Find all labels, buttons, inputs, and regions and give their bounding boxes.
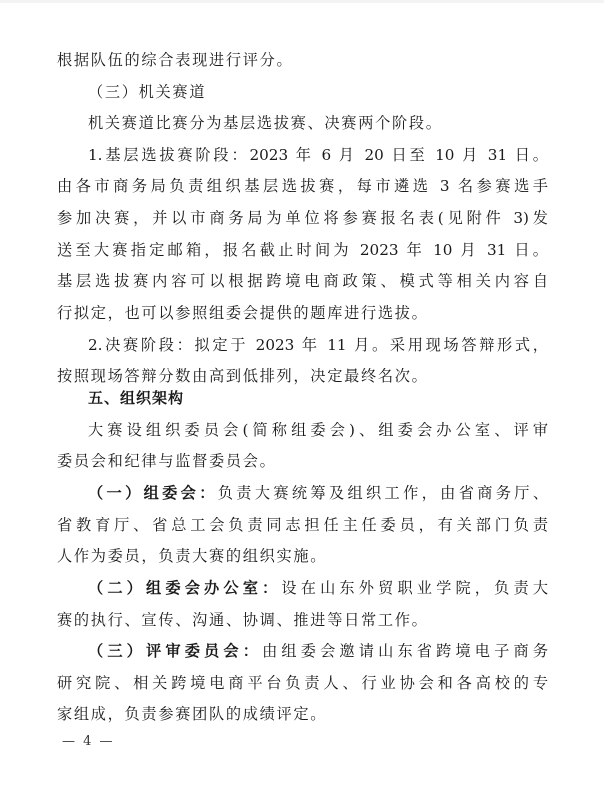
paragraph-line: 机关赛道比赛分为基层选拔赛、决赛两个阶段。 — [88, 111, 548, 135]
paragraph-line: 基层选拔赛内容可以根据跨境电商政策、模式等相关内容自 — [57, 269, 548, 293]
committee-office-text: 设在山东外贸职业学院，负责大 — [281, 579, 548, 597]
committee-lead: （一）组委会： — [88, 484, 218, 502]
paragraph-line: 参加决赛，并以市商务局为单位将参赛报名表(见附件 3)发 — [57, 206, 548, 230]
committee-text: 负责大赛统筹及组织工作，由省商务厅、 — [218, 484, 548, 502]
review-committee-text: 由组委会邀请山东省跨境电子商务 — [262, 642, 548, 660]
paragraph-line-committee: （一）组委会：负责大赛统筹及组织工作，由省商务厅、 — [88, 481, 548, 505]
paragraph-line-review-committee: （三）评审委员会：由组委会邀请山东省跨境电子商务 — [88, 639, 548, 663]
section-subheading-jiguan-track: （三）机关赛道 — [88, 80, 548, 104]
paragraph-line: 委员会和纪律与监督委员会。 — [57, 449, 548, 473]
paragraph-line: 研究院、相关跨境电商平台负责人、行业协会和各高校的专 — [57, 671, 548, 695]
paragraph-line: 赛的执行、宣传、沟通、协调、推进等日常工作。 — [57, 608, 548, 632]
paragraph-line: 由各市商务局负责组织基层选拔赛，每市遴选 3 名参赛选手 — [57, 174, 548, 198]
paragraph-line-committee-office: （二）组委会办公室：设在山东外贸职业学院，负责大 — [88, 576, 548, 600]
paragraph-line: 根据队伍的综合表现进行评分。 — [57, 48, 548, 72]
page-number: — 4 — — [62, 733, 115, 751]
page-top-edge — [0, 0, 604, 3]
paragraph-line: 大赛设组织委员会(简称组委会)、组委会办公室、评审 — [88, 418, 548, 442]
paragraph-line: 人作为委员，负责大赛的组织实施。 — [57, 544, 548, 568]
paragraph-line-stage-2: 2.决赛阶段：拟定于 2023 年 11 月。采用现场答辩形式， — [88, 333, 548, 357]
section-heading-organization: 五、组织架构 — [88, 386, 548, 410]
committee-office-lead: （二）组委会办公室： — [88, 579, 281, 597]
paragraph-line-stage-1: 1.基层选拔赛阶段：2023 年 6 月 20 日至 10 月 31 日。 — [88, 143, 548, 167]
document-page: 根据队伍的综合表现进行评分。 （三）机关赛道 机关赛道比赛分为基层选拔赛、决赛两… — [0, 0, 604, 796]
paragraph-line: 送至大赛指定邮箱，报名截止时间为 2023 年 10 月 31 日。 — [57, 238, 548, 262]
paragraph-line: 家组成，负责参赛团队的成绩评定。 — [57, 702, 548, 726]
review-committee-lead: （三）评审委员会： — [88, 642, 262, 660]
paragraph-line: 按照现场答辩分数由高到低排列，决定最终名次。 — [57, 364, 548, 388]
paragraph-line: 行拟定，也可以参照组委会提供的题库进行选拔。 — [57, 301, 548, 325]
paragraph-line: 省教育厅、省总工会负责同志担任主任委员，有关部门负责 — [57, 513, 548, 537]
